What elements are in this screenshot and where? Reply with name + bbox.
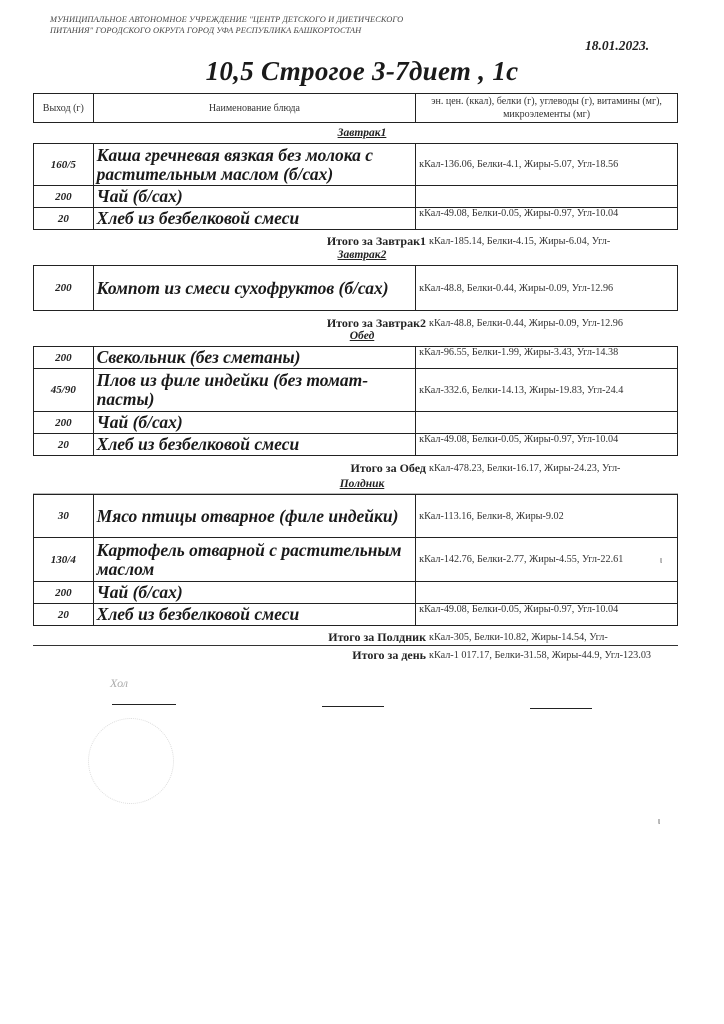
- item-nutrition: кКал-48.8, Белки-0.44, Жиры-0.09, Угл-12…: [416, 266, 678, 311]
- total-snack: Итого за Полдник кКал-305, Белки-10.82, …: [33, 630, 678, 646]
- item-output: 30: [34, 495, 94, 538]
- menu-date: 18.01.2023.: [585, 38, 649, 54]
- item-dish: Мясо птицы отварное (филе индейки): [93, 495, 416, 538]
- header-dish: Наименование блюда: [93, 94, 416, 123]
- signature-line: [530, 708, 592, 709]
- table-row: 20 Хлеб из безбелковой смеси кКал-49.08,…: [34, 604, 678, 626]
- total-label: Итого за Завтрак2: [327, 316, 426, 331]
- total-lunch: Итого за Обед кКал-478.23, Белки-16.17, …: [33, 461, 678, 477]
- signature: Хол: [110, 676, 128, 691]
- item-output: 200: [34, 412, 94, 434]
- item-nutrition: кКал-136.06, Белки-4.1, Жиры-5.07, Угл-1…: [416, 144, 678, 186]
- item-dish: Картофель отварной с растительным маслом: [93, 538, 416, 582]
- header-output: Выход (г): [34, 94, 94, 123]
- total-breakfast1: Итого за Завтрак1 кКал-185.14, Белки-4.1…: [33, 234, 678, 250]
- organization-name: МУНИЦИПАЛЬНОЕ АВТОНОМНОЕ УЧРЕЖДЕНИЕ "ЦЕН…: [50, 14, 430, 36]
- item-dish: Чай (б/сах): [93, 186, 416, 208]
- section-title-lunch: Обед: [0, 330, 724, 342]
- table-row: 200 Чай (б/сах): [34, 186, 678, 208]
- table-row: 130/4 Картофель отварной с растительным …: [34, 538, 678, 582]
- signature-line: [112, 704, 176, 705]
- item-dish: Чай (б/сах): [93, 412, 416, 434]
- total-value: кКал-478.23, Белки-16.17, Жиры-24.23, Уг…: [429, 462, 679, 475]
- item-output: 20: [34, 434, 94, 456]
- section-title-breakfast2: Завтрак2: [0, 249, 724, 261]
- item-dish: Хлеб из безбелковой смеси: [93, 208, 416, 230]
- section-title-snack: Полдник: [0, 478, 724, 490]
- item-nutrition: [416, 186, 678, 208]
- table-row: 20 Хлеб из безбелковой смеси кКал-49.08,…: [34, 208, 678, 230]
- item-dish: Компот из смеси сухофруктов (б/сах): [93, 266, 416, 311]
- meal-table-breakfast1: 160/5 Каша гречневая вязкая без молока с…: [33, 143, 678, 230]
- table-header-row: Выход (г) Наименование блюда эн. цен. (к…: [34, 94, 678, 123]
- item-nutrition: кКал-49.08, Белки-0.05, Жиры-0.97, Угл-1…: [416, 604, 678, 626]
- section-title-breakfast1: Завтрак1: [0, 127, 724, 139]
- item-output: 20: [34, 208, 94, 230]
- table-row: 30 Мясо птицы отварное (филе индейки) кК…: [34, 495, 678, 538]
- item-nutrition: кКал-49.08, Белки-0.05, Жиры-0.97, Угл-1…: [416, 434, 678, 456]
- item-dish: Хлеб из безбелковой смеси: [93, 434, 416, 456]
- total-value: кКал-48.8, Белки-0.44, Жиры-0.09, Угл-12…: [429, 317, 679, 330]
- total-value: кКал-305, Белки-10.82, Жиры-14.54, Угл-: [429, 631, 679, 644]
- item-dish: Плов из филе индейки (без томат-пасты): [93, 369, 416, 412]
- item-output: 160/5: [34, 144, 94, 186]
- scan-speck: ι: [658, 816, 660, 826]
- page-title: 10,5 Строгое 3-7диет , 1с: [0, 56, 724, 87]
- total-value: кКал-185.14, Белки-4.15, Жиры-6.04, Угл-: [429, 235, 679, 248]
- item-dish: Хлеб из безбелковой смеси: [93, 604, 416, 626]
- table-row: 200 Чай (б/сах): [34, 412, 678, 434]
- item-output: 200: [34, 347, 94, 369]
- item-nutrition: кКал-49.08, Белки-0.05, Жиры-0.97, Угл-1…: [416, 208, 678, 230]
- total-label: Итого за Полдник: [328, 630, 426, 645]
- total-label: Итого за Обед: [351, 461, 426, 476]
- table-row: 200 Чай (б/сах): [34, 582, 678, 604]
- scan-speck: ι: [660, 555, 662, 565]
- item-nutrition: кКал-96.55, Белки-1.99, Жиры-3.43, Угл-1…: [416, 347, 678, 369]
- item-nutrition: [416, 582, 678, 604]
- table-row: 20 Хлеб из безбелковой смеси кКал-49.08,…: [34, 434, 678, 456]
- item-dish: Свекольник (без сметаны): [93, 347, 416, 369]
- item-output: 200: [34, 186, 94, 208]
- item-nutrition: кКал-332.6, Белки-14.13, Жиры-19.83, Угл…: [416, 369, 678, 412]
- item-nutrition: кКал-142.76, Белки-2.77, Жиры-4.55, Угл-…: [416, 538, 678, 582]
- table-row: 200 Свекольник (без сметаны) кКал-96.55,…: [34, 347, 678, 369]
- item-output: 20: [34, 604, 94, 626]
- stamp-mark: [88, 718, 174, 804]
- header-nutrition: эн. цен. (ккал), белки (г), углеводы (г)…: [416, 94, 678, 123]
- day-total-label: Итого за день: [352, 648, 426, 663]
- table-row: 160/5 Каша гречневая вязкая без молока с…: [34, 144, 678, 186]
- item-output: 130/4: [34, 538, 94, 582]
- item-output: 45/90: [34, 369, 94, 412]
- item-output: 200: [34, 582, 94, 604]
- table-row: 200 Компот из смеси сухофруктов (б/сах) …: [34, 266, 678, 311]
- divider: [33, 645, 678, 646]
- item-nutrition: кКал-113.16, Белки-8, Жиры-9.02: [416, 495, 678, 538]
- total-day: Итого за день кКал-1 017.17, Белки-31.58…: [33, 648, 678, 664]
- column-header-table: Выход (г) Наименование блюда эн. цен. (к…: [33, 93, 678, 123]
- item-dish: Каша гречневая вязкая без молока с расти…: [93, 144, 416, 186]
- total-label: Итого за Завтрак1: [327, 234, 426, 249]
- meal-table-lunch: 200 Свекольник (без сметаны) кКал-96.55,…: [33, 346, 678, 456]
- meal-table-snack: 30 Мясо птицы отварное (филе индейки) кК…: [33, 494, 678, 626]
- meal-table-breakfast2: 200 Компот из смеси сухофруктов (б/сах) …: [33, 265, 678, 311]
- item-dish: Чай (б/сах): [93, 582, 416, 604]
- day-total-value: кКал-1 017.17, Белки-31.58, Жиры-44.9, У…: [429, 649, 679, 662]
- signature-line: [322, 706, 384, 707]
- item-nutrition: [416, 412, 678, 434]
- item-output: 200: [34, 266, 94, 311]
- table-row: 45/90 Плов из филе индейки (без томат-па…: [34, 369, 678, 412]
